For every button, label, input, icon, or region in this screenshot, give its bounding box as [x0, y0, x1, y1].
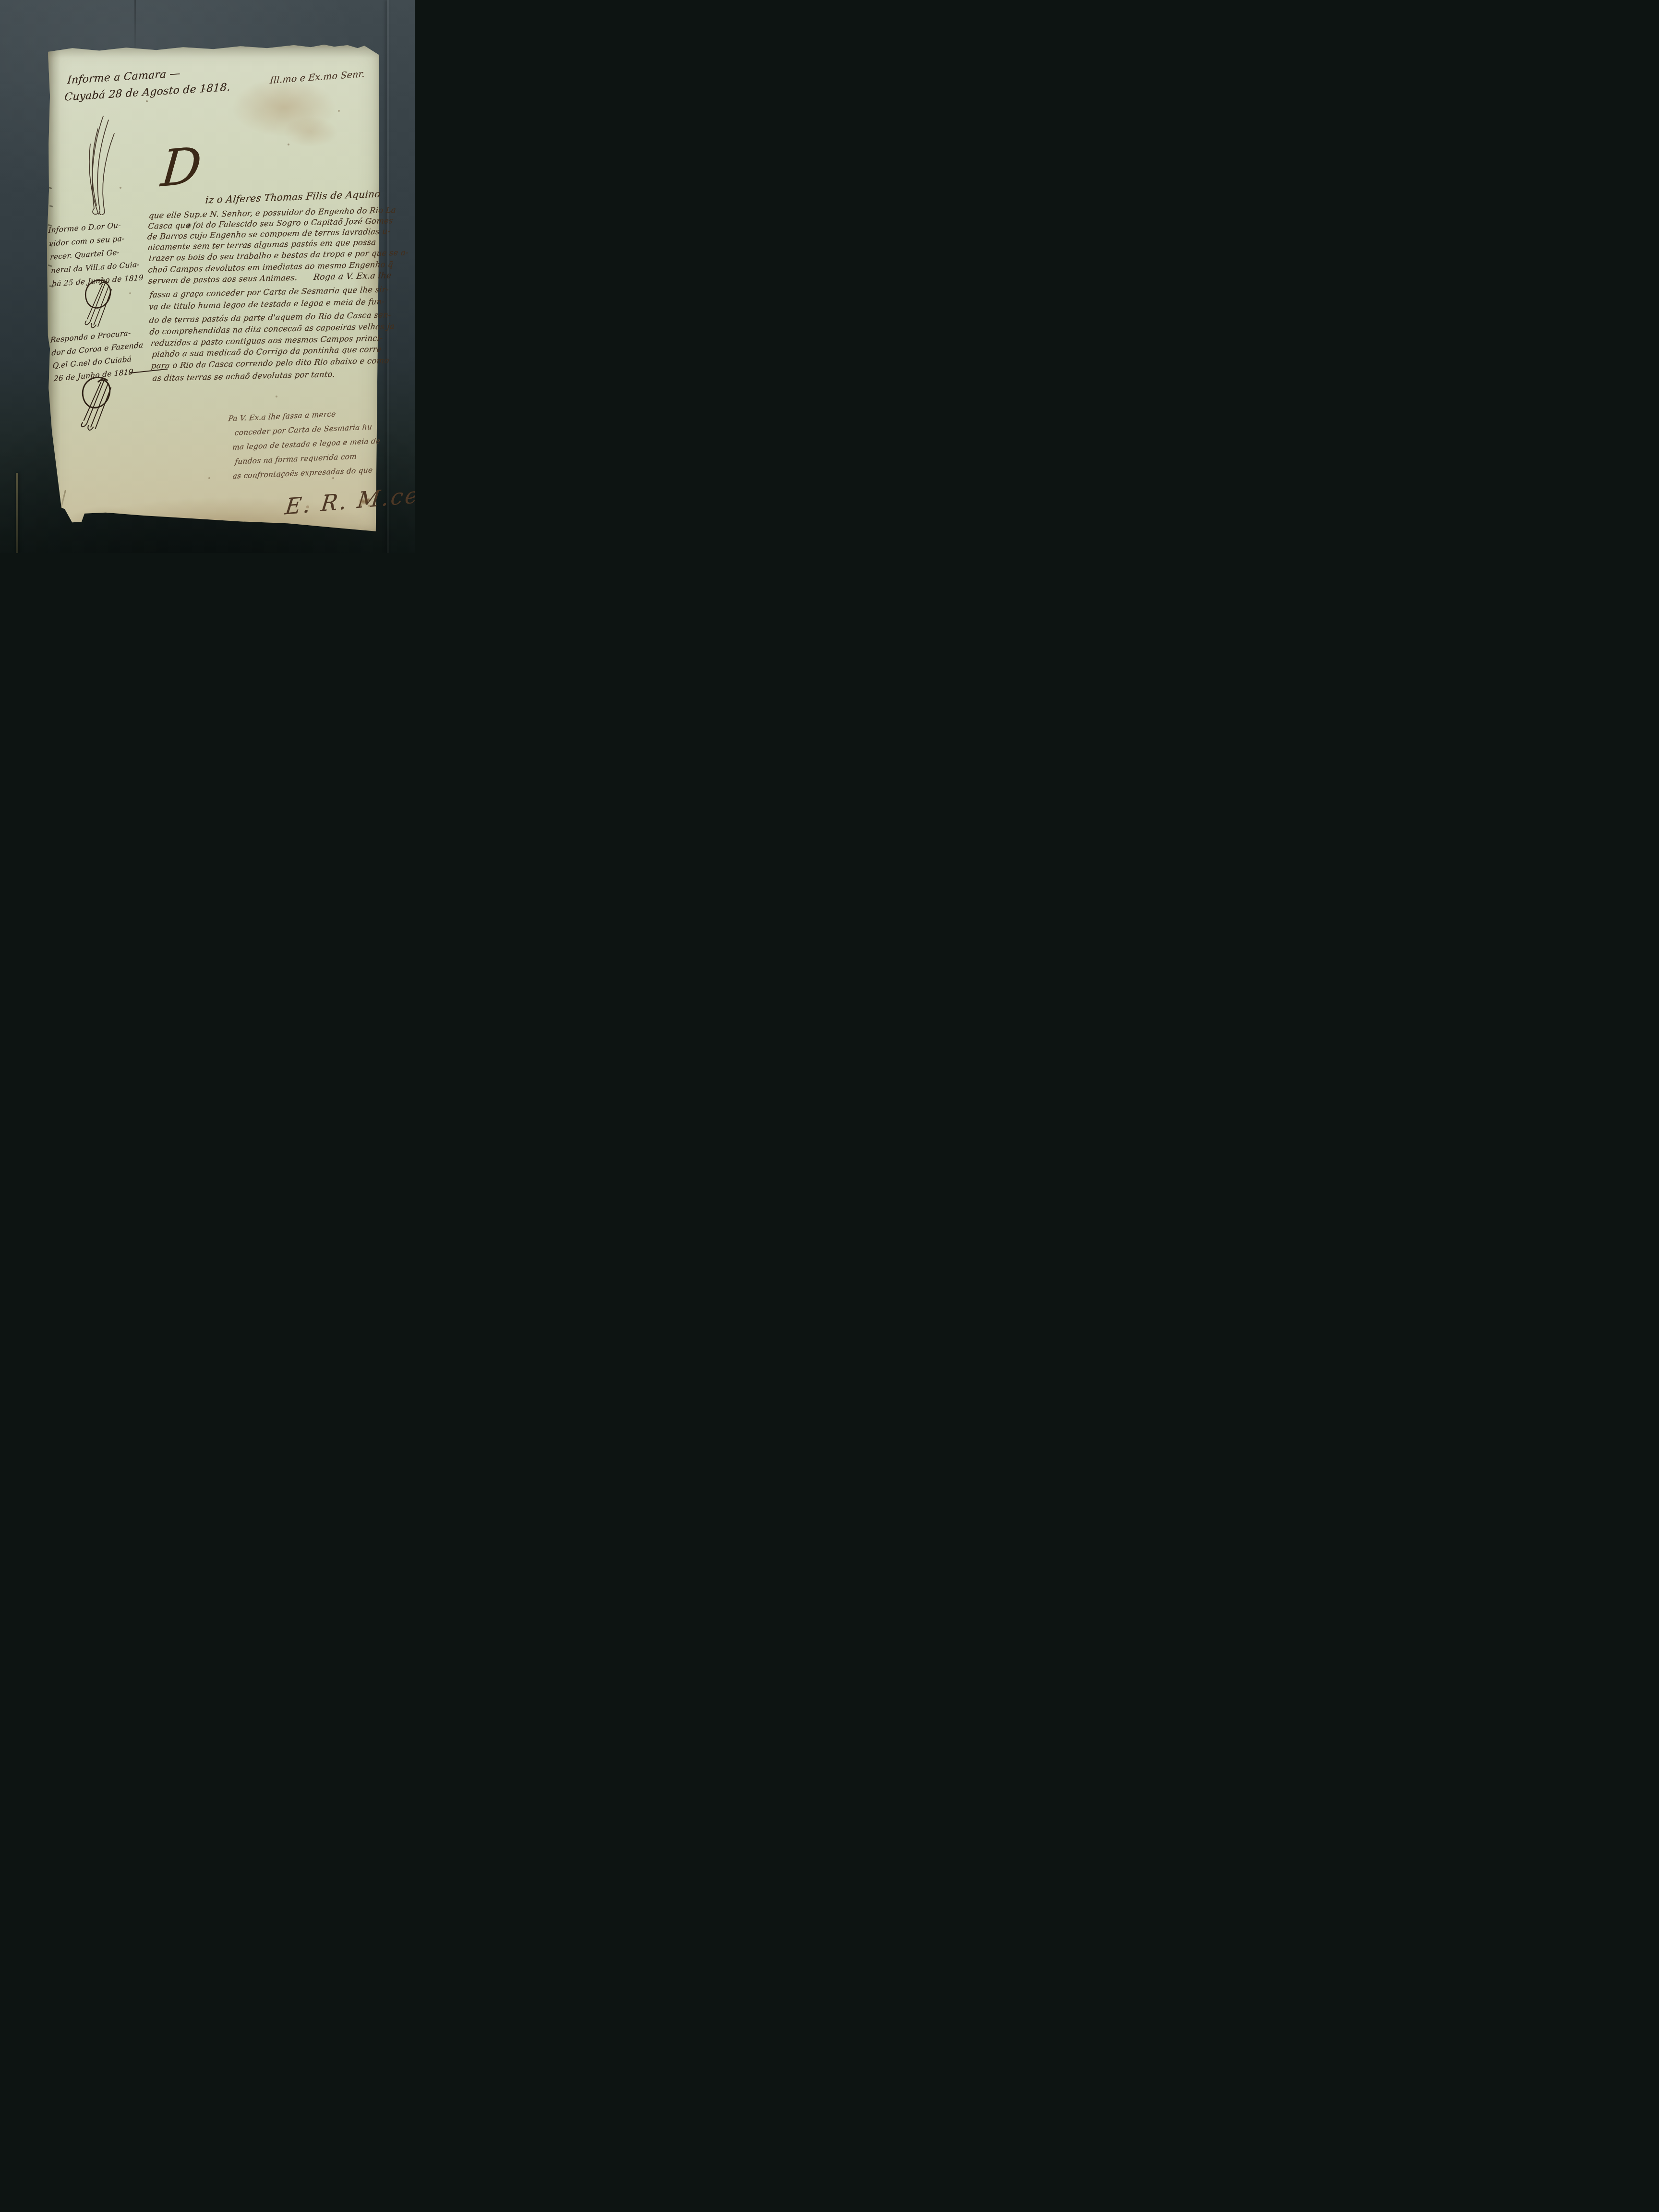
- pen-scribble-flourish: [77, 114, 120, 215]
- body-line: va de titulo huma legoa de testada e leg…: [148, 297, 385, 312]
- petition-body: que elle Sup.e N. Senhor, e possuidor do…: [147, 205, 391, 393]
- closing-line: fundos na forma requerida com: [235, 450, 394, 466]
- body-line-split-right: Roga a V. Ex.a lhe: [313, 271, 392, 282]
- closing-petition: Pa V. Ex.a lhe fassa a merce conceder po…: [228, 408, 389, 481]
- closing-line: conceder por Carta de Sesmaria hu: [234, 421, 393, 437]
- governor-rubric-flourish: [72, 277, 120, 330]
- closing-line: ma legoa de testada e legoa e meia de: [232, 436, 391, 451]
- governor-rubric-flourish: [68, 374, 120, 432]
- photograph-of-manuscript: Informe a Camara — Cuyabá 28 de Agosto d…: [0, 0, 415, 553]
- opening-initial: D: [159, 140, 204, 194]
- ink-specks: [46, 43, 47, 44]
- binding-edge-strip: [16, 473, 18, 553]
- body-line-split-left: servem de pastos aos seus Animaes.: [148, 273, 298, 286]
- body-line: as ditas terras se achaõ devolutas por t…: [152, 370, 336, 383]
